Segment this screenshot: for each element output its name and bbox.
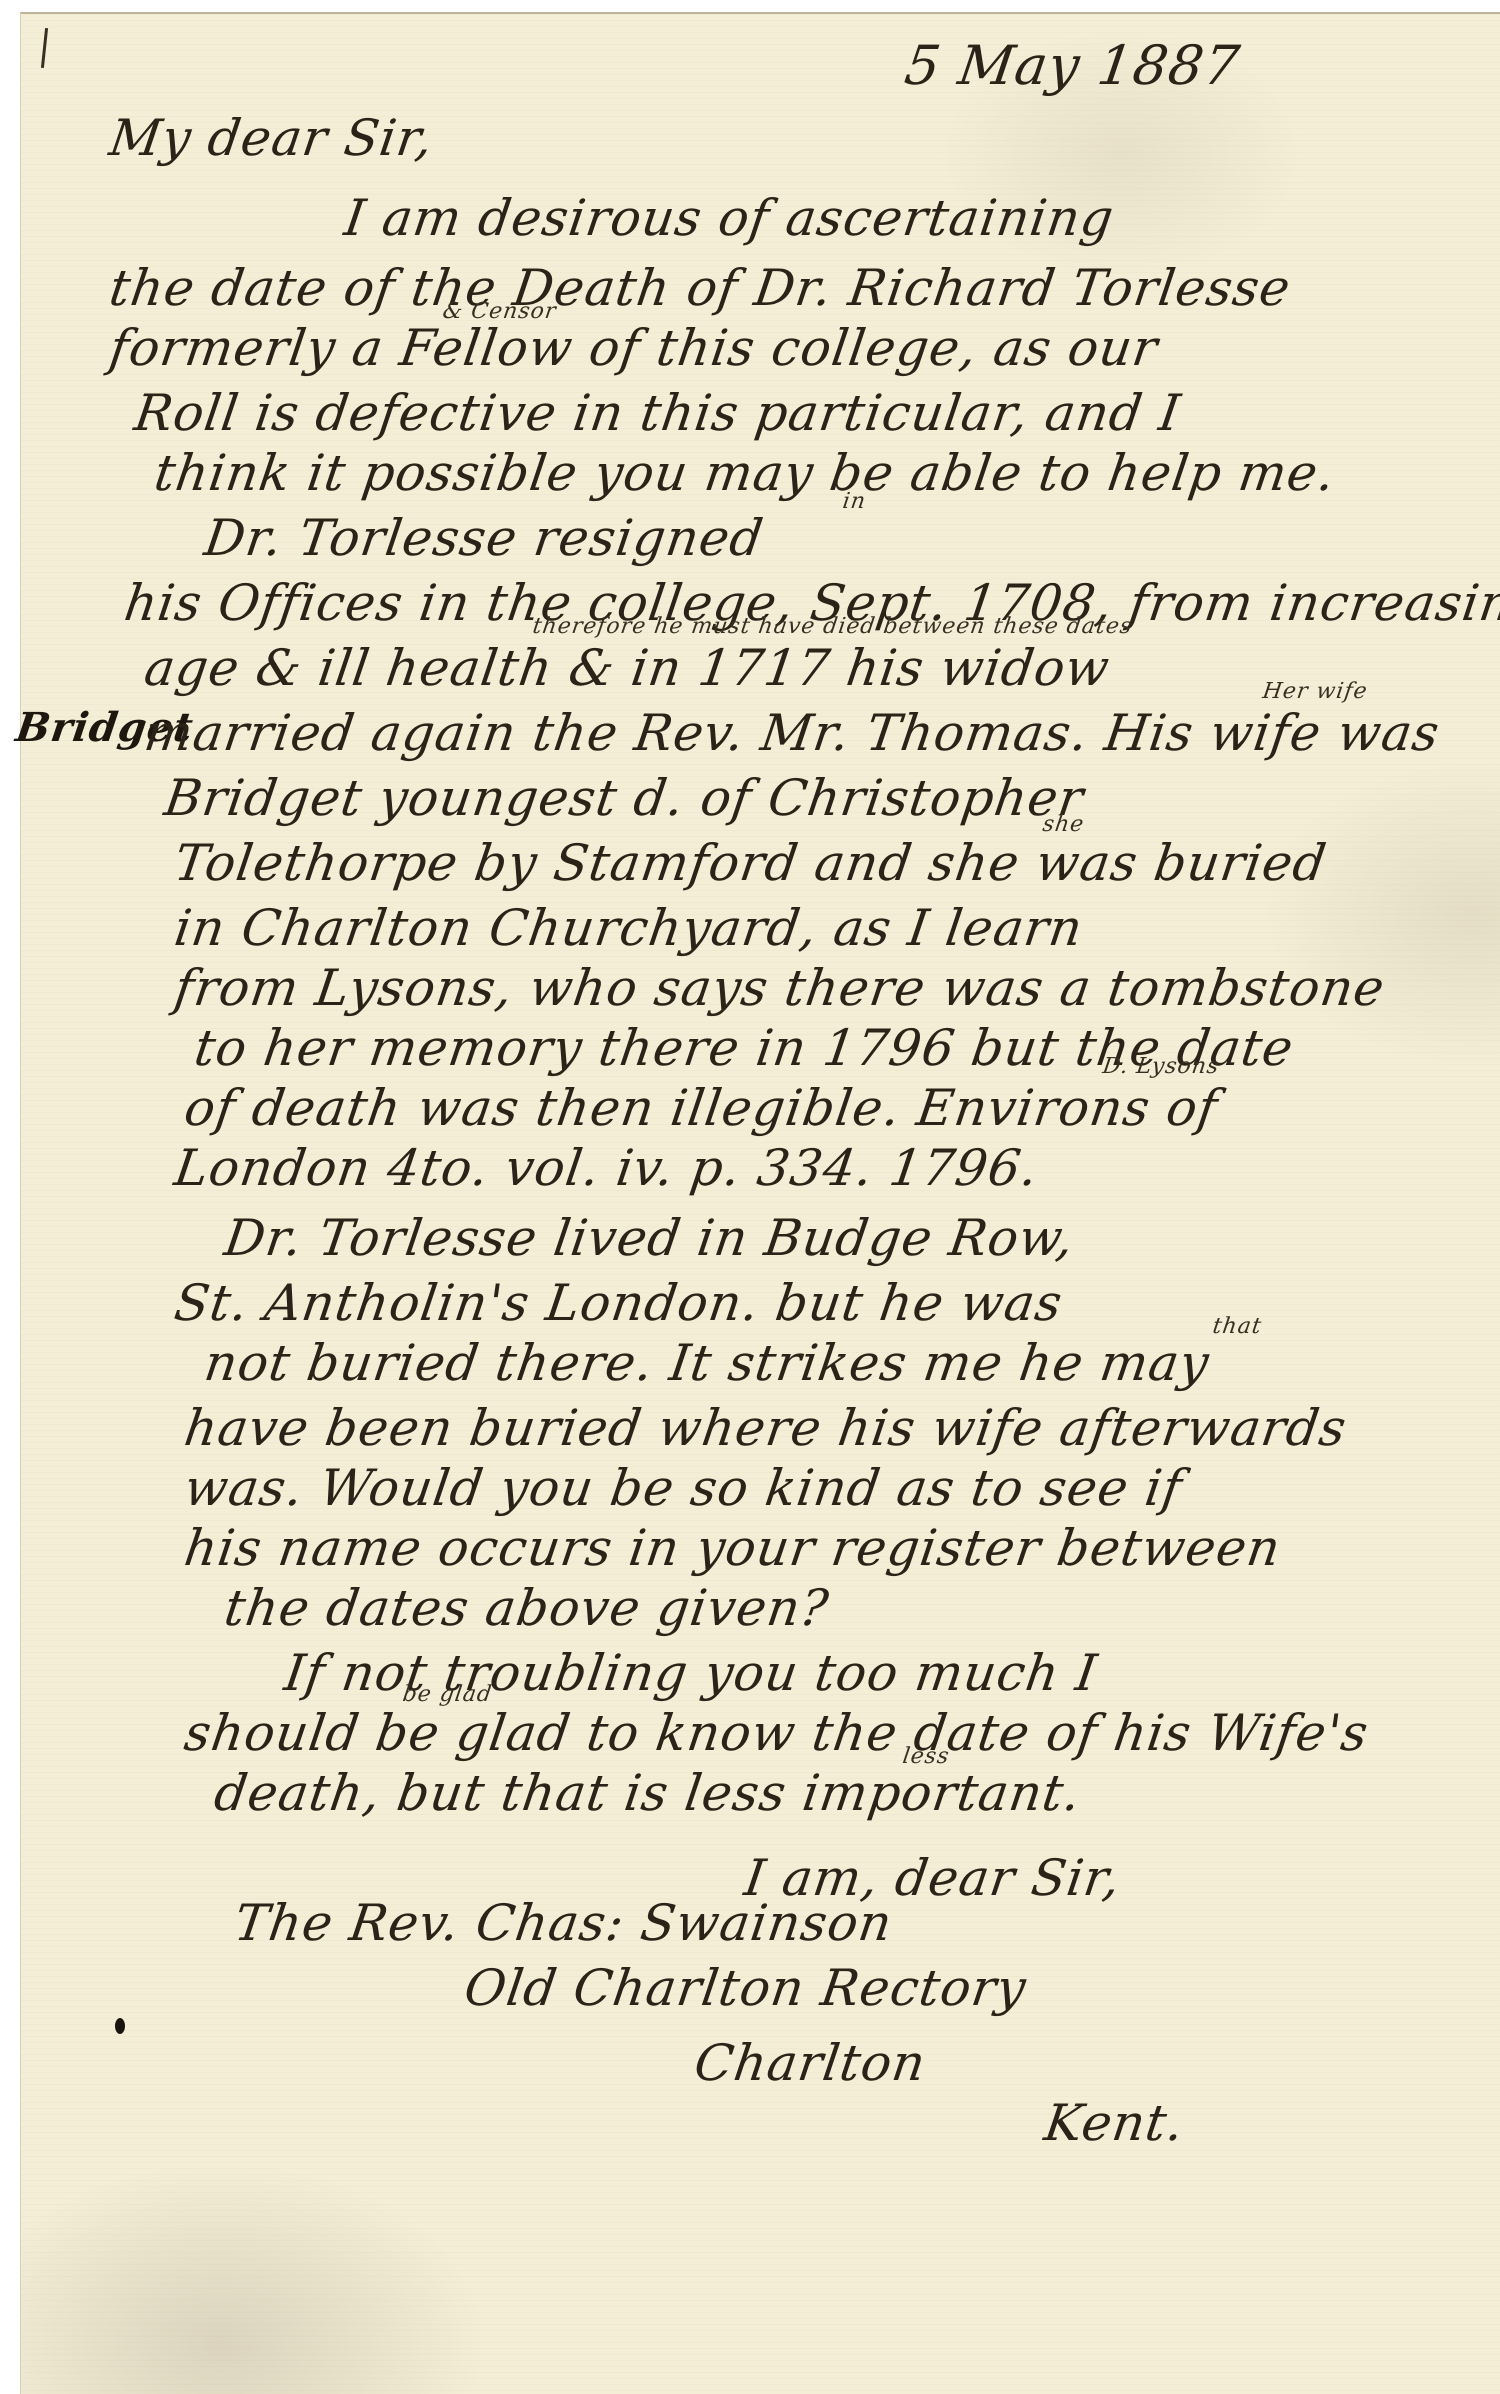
body-line-19: not buried there. It strikes me he may [201,1334,1213,1392]
address-line-3: Charlton [691,2034,930,2092]
body-line-23: the dates above given? [221,1579,832,1637]
note-therefore: therefore he must have died between thes… [531,614,1134,639]
body-line-17: Dr. Torlesse lived in Budge Row, [221,1209,1078,1267]
insert-lysons: D. Lysons [1101,1054,1221,1079]
body-line-18: St. Antholin's London. but he was [171,1274,1066,1332]
body-line-2: the date of the Death of Dr. Richard Tor… [106,259,1294,317]
body-line-10: Bridget youngest d. of Christopher [161,769,1088,827]
top-pencil-mark [41,28,48,68]
body-line-22: his name occurs in your register between [181,1519,1285,1577]
body-line-26: death, but that is less important. [211,1764,1085,1822]
body-line-21: was. Would you be so kind as to see if [181,1459,1186,1517]
body-line-4: Roll is defective in this particular, an… [131,384,1184,442]
body-line-9: married again the Rev. Mr. Thomas. His w… [141,704,1443,762]
body-line-5: think it possible you may be able to hel… [151,444,1339,502]
salutation: My dear Sir, [106,109,437,167]
insert-that: that [1211,1314,1263,1339]
body-line-15: of death was then illegible. Environs of [181,1079,1222,1137]
letter-paper: 5 May 1887 My dear Sir, I am desirous of… [20,12,1500,2394]
address-line-4: Kent. [1041,2094,1188,2152]
address-line-2: Old Charlton Rectory [461,1959,1030,2017]
letter-date: 5 May 1887 [901,34,1244,97]
body-line-6: Dr. Torlesse resigned [201,509,767,567]
body-line-25: should be glad to know the date of his W… [181,1704,1372,1762]
body-line-1: I am desirous of ascertaining [341,189,1118,247]
ink-blot [115,2018,125,2034]
body-line-20: have been buried where his wife afterwar… [181,1399,1350,1457]
insert-her-wife: Her wife [1261,679,1369,704]
body-line-8: age & ill health & in 1717 his widow [141,639,1114,697]
address-line-1: The Rev. Chas: Swainson [231,1894,896,1952]
body-line-3: formerly a Fellow of this college, as ou… [106,319,1162,377]
body-line-12: in Charlton Churchyard, as I learn [171,899,1087,957]
body-line-11: Tolethorpe by Stamford and she was burie… [171,834,1330,892]
body-line-13: from Lysons, who says there was a tombst… [171,959,1389,1017]
body-line-16: London 4to. vol. iv. p. 334. 1796. [171,1139,1042,1197]
insert-in: in [841,489,868,514]
